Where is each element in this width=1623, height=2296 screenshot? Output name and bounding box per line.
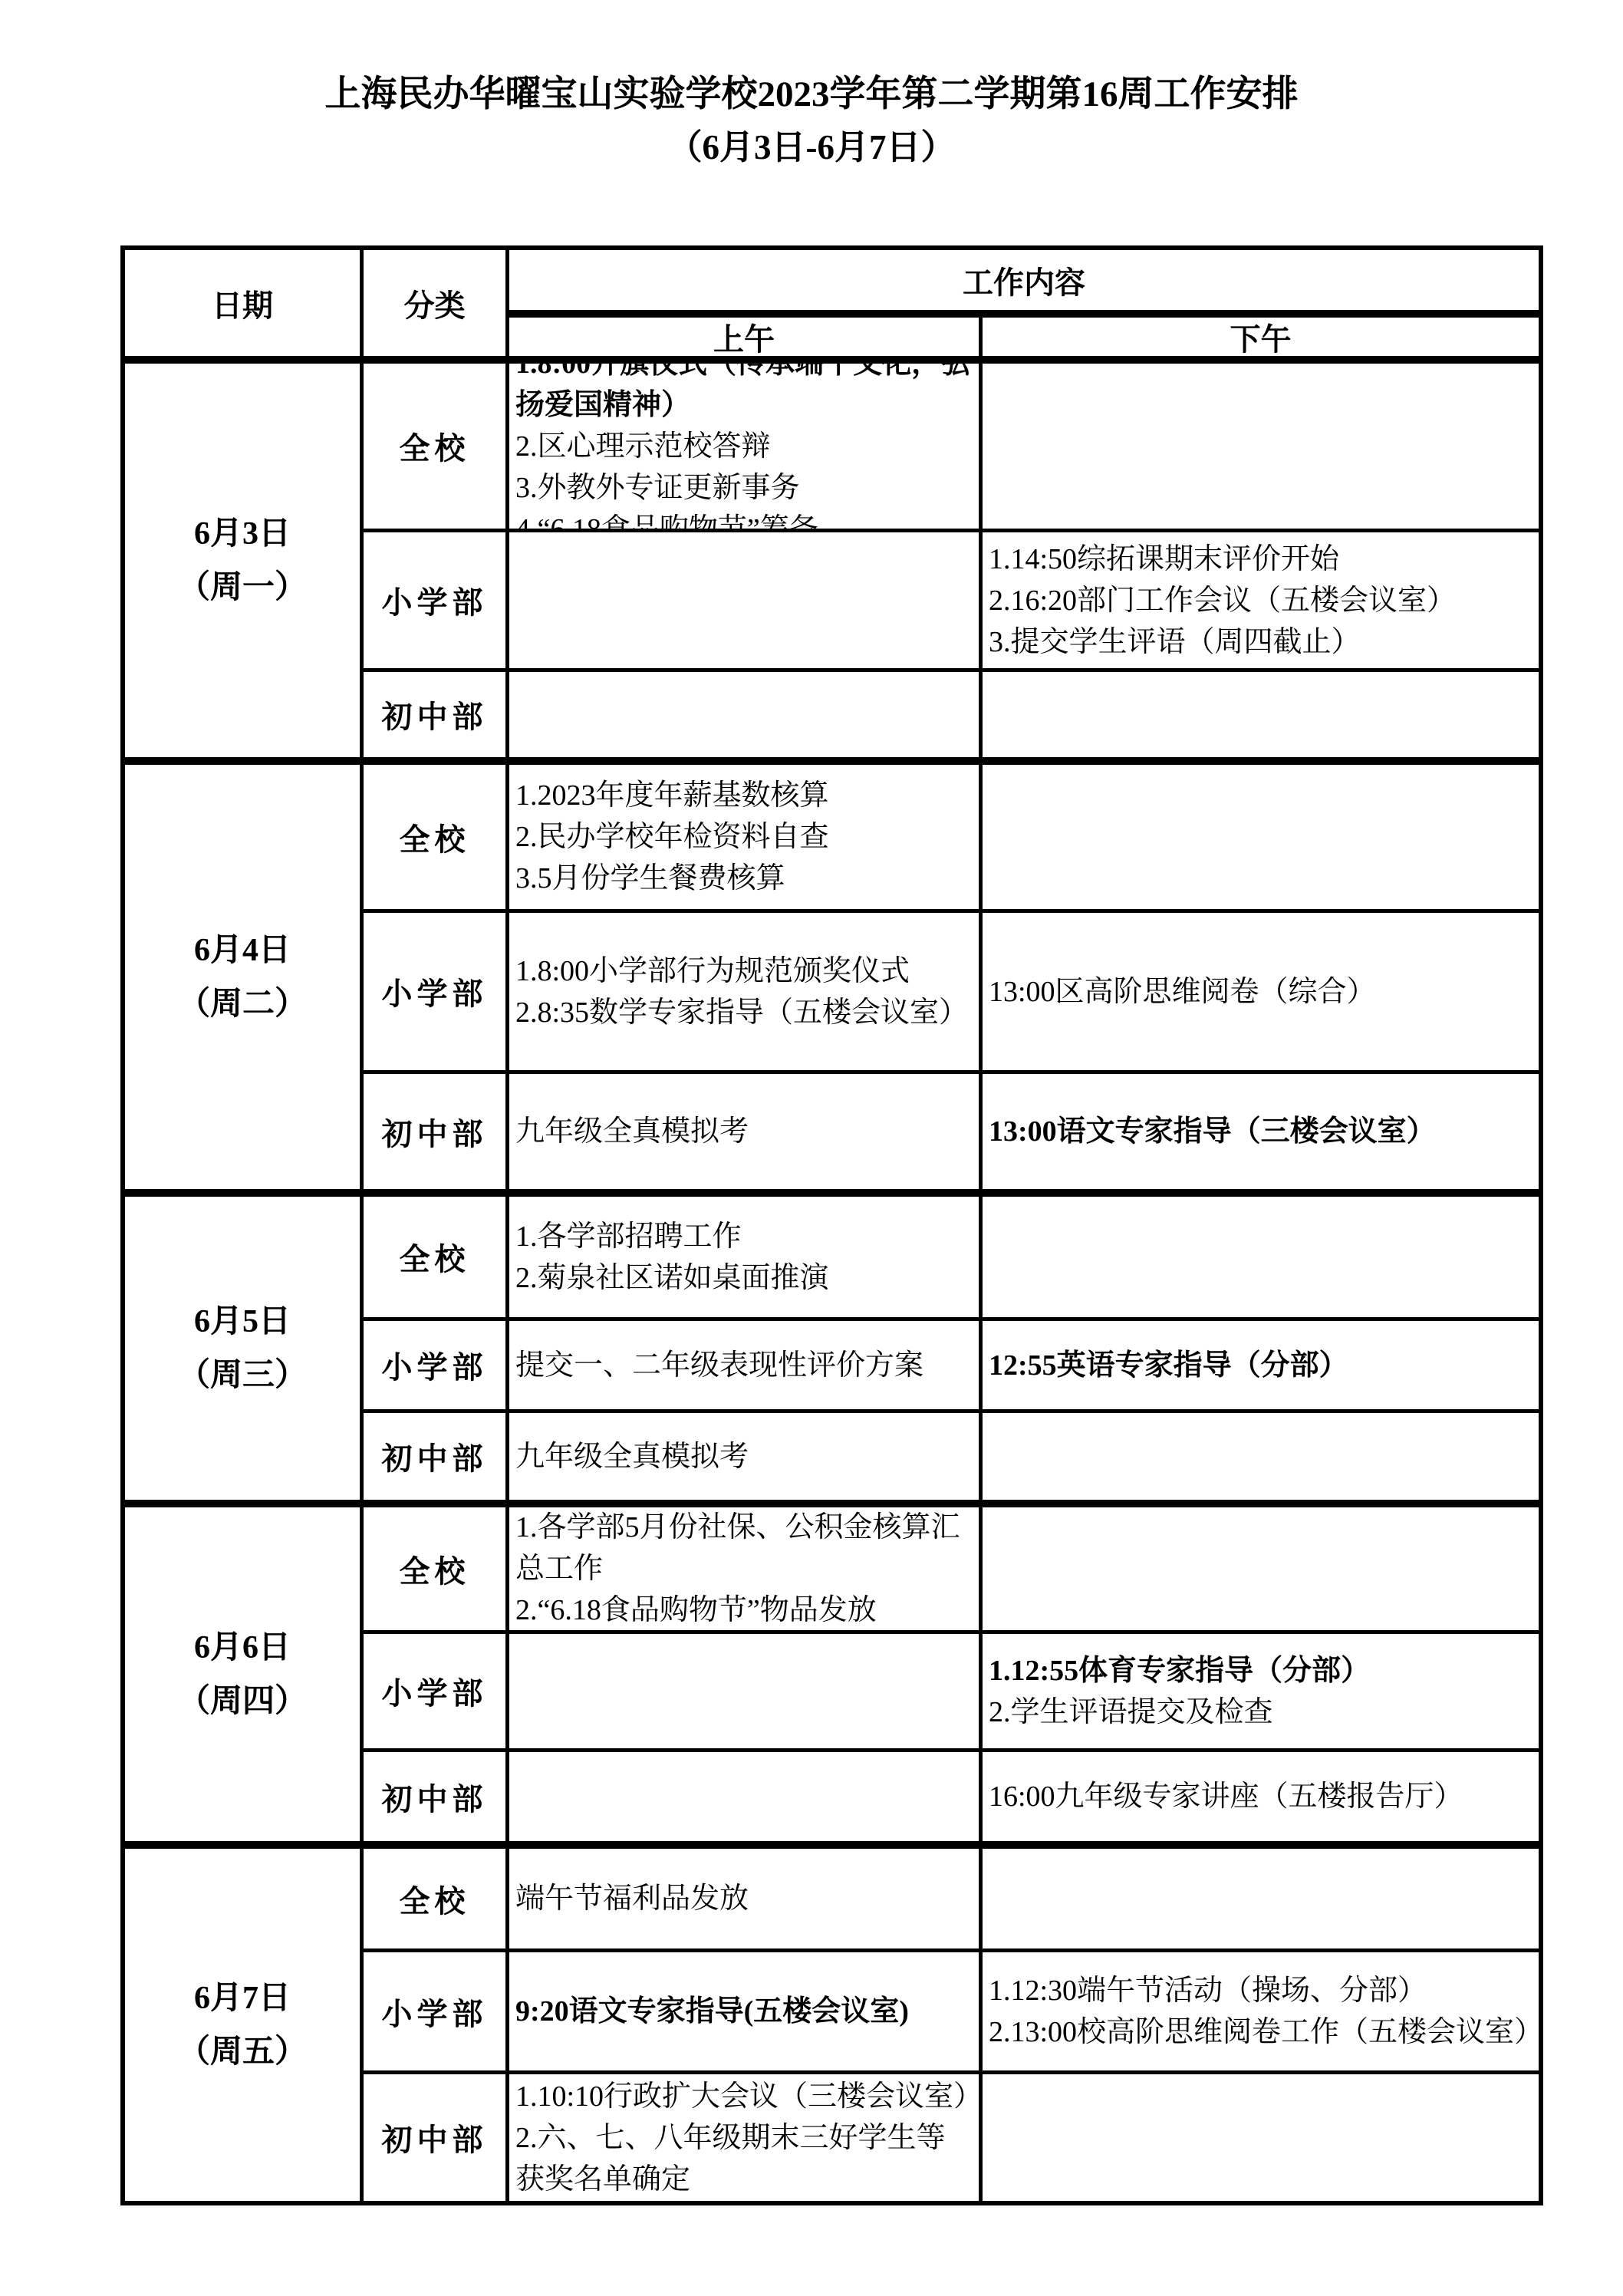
task-item: 2.“6.18食品购物节”物品发放: [515, 1589, 877, 1630]
day-block-jun7: 6月7日 （周五） 全校 端午节福利品发放 小学部 9:20语文专家指导(五楼会…: [125, 1841, 1539, 2201]
weekday-label: （周三）: [178, 1349, 307, 1402]
task-item: 9:20语文专家指导(五楼会议室): [515, 1991, 909, 2032]
afternoon-cell: [979, 1409, 1539, 1500]
date-cell: 6月7日 （周五）: [125, 1849, 360, 2201]
task-item: 1.各学部5月份社保、公积金核算汇总工作: [515, 1507, 971, 1589]
task-item: 1.各学部招聘工作: [515, 1216, 742, 1257]
task-item: 1.12:30端午节活动（操场、分部）: [989, 1970, 1427, 2011]
task-item: 13:00语文专家指导（三楼会议室）: [989, 1111, 1436, 1152]
category-cell: 全校: [360, 1507, 505, 1630]
morning-cell: 1.2023年度年薪基数核算 2.民办学校年检资料自查 3.5月份学生餐费核算: [505, 765, 979, 909]
afternoon-cell: 12:55英语专家指导（分部）: [979, 1317, 1539, 1409]
task-item: 2.学生评语提交及检查: [989, 1692, 1273, 1733]
task-item: 3.外教外专证更新事务: [515, 467, 800, 509]
page-title: 上海民办华曜宝山实验学校2023学年第二学期第16周工作安排: [0, 71, 1623, 118]
weekday-label: （周五）: [178, 2025, 307, 2079]
weekday-label: （周二）: [178, 977, 307, 1031]
category-cell: 小学部: [360, 1948, 505, 2070]
task-item: 九年级全真模拟考: [515, 1111, 749, 1152]
task-item: 1.8:00小学部行为规范颁奖仪式: [515, 950, 910, 992]
table-header: 日期 分类 工作内容 上午 下午: [125, 250, 1539, 356]
category-cell: 小学部: [360, 529, 505, 668]
morning-cell: 9:20语文专家指导(五楼会议室): [505, 1948, 979, 2070]
afternoon-cell: 1.12:30端午节活动（操场、分部） 2.13:00校高阶思维阅卷工作（五楼会…: [979, 1948, 1539, 2070]
afternoon-cell: 1.12:55体育专家指导（分部） 2.学生评语提交及检查: [979, 1630, 1539, 1748]
morning-cell: 1.8:00升旗仪式（传承端午文化，弘扬爱国精神） 2.区心理示范校答辩 3.外…: [505, 364, 979, 529]
category-cell: 初中部: [360, 668, 505, 757]
task-item: 13:00区高阶思维阅卷（综合）: [989, 971, 1376, 1013]
task-item: 2.8:35数学专家指导（五楼会议室）: [515, 992, 968, 1033]
day-block-jun5: 6月5日 （周三） 全校 1.各学部招聘工作 2.菊泉社区诺如桌面推演 小学部 …: [125, 1189, 1539, 1500]
task-item: 16:00九年级专家讲座（五楼报告厅）: [989, 1776, 1463, 1817]
afternoon-cell: [979, 1507, 1539, 1630]
task-item: 2.13:00校高阶思维阅卷工作（五楼会议室）: [989, 2011, 1531, 2053]
morning-cell: 提交一、二年级表现性评价方案: [505, 1317, 979, 1409]
afternoon-cell: 13:00语文专家指导（三楼会议室）: [979, 1070, 1539, 1189]
document-header: 上海民办华曜宝山实验学校2023学年第二学期第16周工作安排 （6月3日-6月7…: [0, 71, 1623, 170]
date-cell: 6月4日 （周二）: [125, 765, 360, 1189]
task-item: 2.区心理示范校答辩: [515, 426, 771, 467]
day-block-jun3: 6月3日 （周一） 全校 1.8:00升旗仪式（传承端午文化，弘扬爱国精神） 2…: [125, 356, 1539, 757]
task-item: 端午节福利品发放: [515, 1878, 749, 1919]
morning-cell: 端午节福利品发放: [505, 1849, 979, 1948]
category-cell: 初中部: [360, 1409, 505, 1500]
category-cell: 全校: [360, 1197, 505, 1317]
weekday-label: （周四）: [178, 1675, 307, 1728]
afternoon-cell: [979, 364, 1539, 529]
afternoon-cell: 13:00区高阶思维阅卷（综合）: [979, 909, 1539, 1070]
category-cell: 小学部: [360, 909, 505, 1070]
header-category: 分类: [360, 250, 505, 356]
task-item: 3.5月份学生餐费核算: [515, 858, 785, 899]
category-cell: 全校: [360, 765, 505, 909]
category-cell: 初中部: [360, 1070, 505, 1189]
page-subtitle: （6月3日-6月7日）: [0, 124, 1623, 170]
task-item: 提交一、二年级表现性评价方案: [515, 1345, 923, 1386]
date-cell: 6月5日 （周三）: [125, 1197, 360, 1500]
day-block-jun4: 6月4日 （周二） 全校 1.2023年度年薪基数核算 2.民办学校年检资料自查…: [125, 757, 1539, 1189]
task-item: 3.提交学生评语（周四截止）: [989, 621, 1361, 663]
task-item: 1.2023年度年薪基数核算: [515, 775, 829, 816]
afternoon-cell: [979, 1197, 1539, 1317]
date-cell: 6月3日 （周一）: [125, 364, 360, 757]
afternoon-cell: [979, 1849, 1539, 1948]
afternoon-cell: [979, 668, 1539, 757]
task-item: 1.14:50综拓课期末评价开始: [989, 539, 1339, 580]
date-cell: 6月6日 （周四）: [125, 1507, 360, 1841]
header-content: 工作内容: [505, 250, 1539, 310]
day-block-jun6: 6月6日 （周四） 全校 1.各学部5月份社保、公积金核算汇总工作 2.“6.1…: [125, 1500, 1539, 1841]
header-afternoon: 下午: [979, 310, 1539, 356]
category-cell: 小学部: [360, 1317, 505, 1409]
task-item: 2.民办学校年检资料自查: [515, 816, 829, 858]
morning-cell: 1.8:00小学部行为规范颁奖仪式 2.8:35数学专家指导（五楼会议室）: [505, 909, 979, 1070]
morning-cell: 1.10:10行政扩大会议（三楼会议室） 2.六、七、八年级期末三好学生等获奖名…: [505, 2070, 979, 2201]
afternoon-cell: 1.14:50综拓课期末评价开始 2.16:20部门工作会议（五楼会议室） 3.…: [979, 529, 1539, 668]
morning-cell: 九年级全真模拟考: [505, 1409, 979, 1500]
afternoon-cell: [979, 2070, 1539, 2201]
date-label: 6月3日: [194, 507, 291, 561]
category-cell: 初中部: [360, 1748, 505, 1841]
task-item: 2.六、七、八年级期末三好学生等获奖名单确定: [515, 2117, 971, 2200]
weekday-label: （周一）: [178, 561, 307, 614]
task-item: 12:55英语专家指导（分部）: [989, 1345, 1348, 1386]
header-morning: 上午: [505, 310, 979, 356]
task-item: 2.16:20部门工作会议（五楼会议室）: [989, 580, 1456, 621]
task-item: 1.10:10行政扩大会议（三楼会议室）: [515, 2076, 971, 2117]
header-date: 日期: [125, 250, 360, 356]
morning-cell: [505, 668, 979, 757]
morning-cell: 1.各学部招聘工作 2.菊泉社区诺如桌面推演: [505, 1197, 979, 1317]
date-label: 6月6日: [194, 1621, 291, 1675]
morning-cell: [505, 1748, 979, 1841]
date-label: 6月7日: [194, 1972, 291, 2025]
morning-cell: 九年级全真模拟考: [505, 1070, 979, 1189]
afternoon-cell: 16:00九年级专家讲座（五楼报告厅）: [979, 1748, 1539, 1841]
date-label: 6月5日: [194, 1295, 291, 1349]
morning-cell: [505, 529, 979, 668]
weekly-schedule-table: 日期 分类 工作内容 上午 下午 6月3日 （周一） 全校 1.8:00升旗仪式…: [120, 245, 1543, 2205]
category-cell: 全校: [360, 364, 505, 529]
task-item: 1.12:55体育专家指导（分部）: [989, 1650, 1370, 1692]
date-label: 6月4日: [194, 924, 291, 977]
task-item: 1.8:00升旗仪式（传承端午文化，弘扬爱国精神）: [515, 364, 971, 426]
task-item: 九年级全真模拟考: [515, 1436, 749, 1477]
task-item: 2.菊泉社区诺如桌面推演: [515, 1257, 829, 1299]
morning-cell: 1.各学部5月份社保、公积金核算汇总工作 2.“6.18食品购物节”物品发放: [505, 1507, 979, 1630]
task-item: 4.“6.18食品购物节”筹备: [515, 509, 818, 529]
category-cell: 全校: [360, 1849, 505, 1948]
morning-cell: [505, 1630, 979, 1748]
afternoon-cell: [979, 765, 1539, 909]
category-cell: 初中部: [360, 2070, 505, 2201]
category-cell: 小学部: [360, 1630, 505, 1748]
